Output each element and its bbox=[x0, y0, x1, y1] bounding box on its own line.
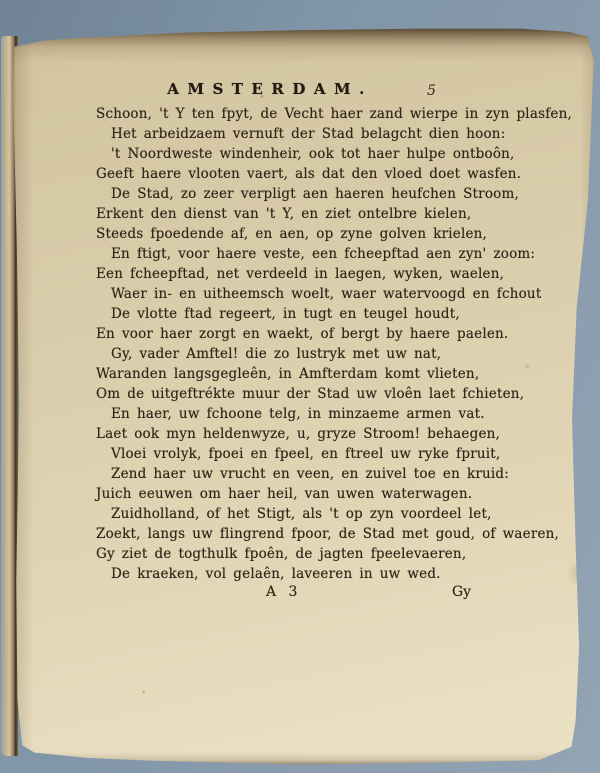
poem-line: Laet ook myn heldenwyze, u, gryze Stroom… bbox=[96, 424, 542, 444]
page-header: AMSTERDAM. 5 bbox=[8, 80, 598, 102]
poem-line: Geeft haere vlooten vaert, als dat den v… bbox=[96, 164, 542, 184]
page-title: AMSTERDAM. bbox=[167, 80, 373, 98]
poem-line: Gy, vader Amftel! die zo lustryk met uw … bbox=[96, 344, 542, 364]
catchword: Gy bbox=[452, 584, 471, 600]
book-page: AMSTERDAM. 5 Schoon, 't Y ten fpyt, de V… bbox=[8, 26, 598, 766]
poem-line: Gy ziet de togthulk fpoên, de jagten fpe… bbox=[96, 544, 542, 564]
poem-line: Het arbeidzaem vernuft der Stad belagcht… bbox=[96, 124, 542, 144]
poem-line: Steeds fpoedende af, en aen, op zyne gol… bbox=[96, 224, 542, 244]
poem-line: Schoon, 't Y ten fpyt, de Vecht haer zan… bbox=[96, 104, 542, 124]
poem-line: De Stad, zo zeer verpligt aen haeren heu… bbox=[96, 184, 542, 204]
poem-text-block: Schoon, 't Y ten fpyt, de Vecht haer zan… bbox=[96, 104, 542, 584]
poem-line: Vloei vrolyk, fpoei en fpeel, en ftreel … bbox=[96, 444, 542, 464]
poem-line: Zend haer uw vrucht en veen, en zuivel t… bbox=[96, 464, 542, 484]
poem-line: Zuidholland, of het Stigt, als 't op zyn… bbox=[96, 504, 542, 524]
poem-line: En ftigt, voor haere veste, een fcheepft… bbox=[96, 244, 542, 264]
poem-line: Om de uitgeftrékte muur der Stad uw vloê… bbox=[96, 384, 542, 404]
poem-line: Juich eeuwen om haer heil, van uwen wate… bbox=[96, 484, 542, 504]
poem-line: De kraeken, vol gelaên, laveeren in uw w… bbox=[96, 564, 542, 584]
poem-line: Erkent den dienst van 't Y, en ziet onte… bbox=[96, 204, 542, 224]
poem-line: Waranden langsgegleên, in Amfterdam komt… bbox=[96, 364, 542, 384]
poem-line: Zoekt, langs uw flingrend fpoor, de Stad… bbox=[96, 524, 542, 544]
poem-line: En voor haer zorgt en waekt, of bergt by… bbox=[96, 324, 542, 344]
poem-line: Waer in- en uitheemsch woelt, waer water… bbox=[96, 284, 542, 304]
signature-mark: A 3 bbox=[266, 584, 301, 600]
poem-line: 't Noordweste windenheir, ook tot haer h… bbox=[96, 144, 542, 164]
page-number: 5 bbox=[427, 83, 436, 99]
poem-line: De vlotte ftad regeert, in tugt en teuge… bbox=[96, 304, 542, 324]
page-footer: A 3 Gy bbox=[8, 584, 598, 604]
scanned-book-photo: AMSTERDAM. 5 Schoon, 't Y ten fpyt, de V… bbox=[0, 0, 600, 773]
poem-line: En haer, uw fchoone telg, in minzaeme ar… bbox=[96, 404, 542, 424]
poem-line: Een fcheepftad, net verdeeld in laegen, … bbox=[96, 264, 542, 284]
